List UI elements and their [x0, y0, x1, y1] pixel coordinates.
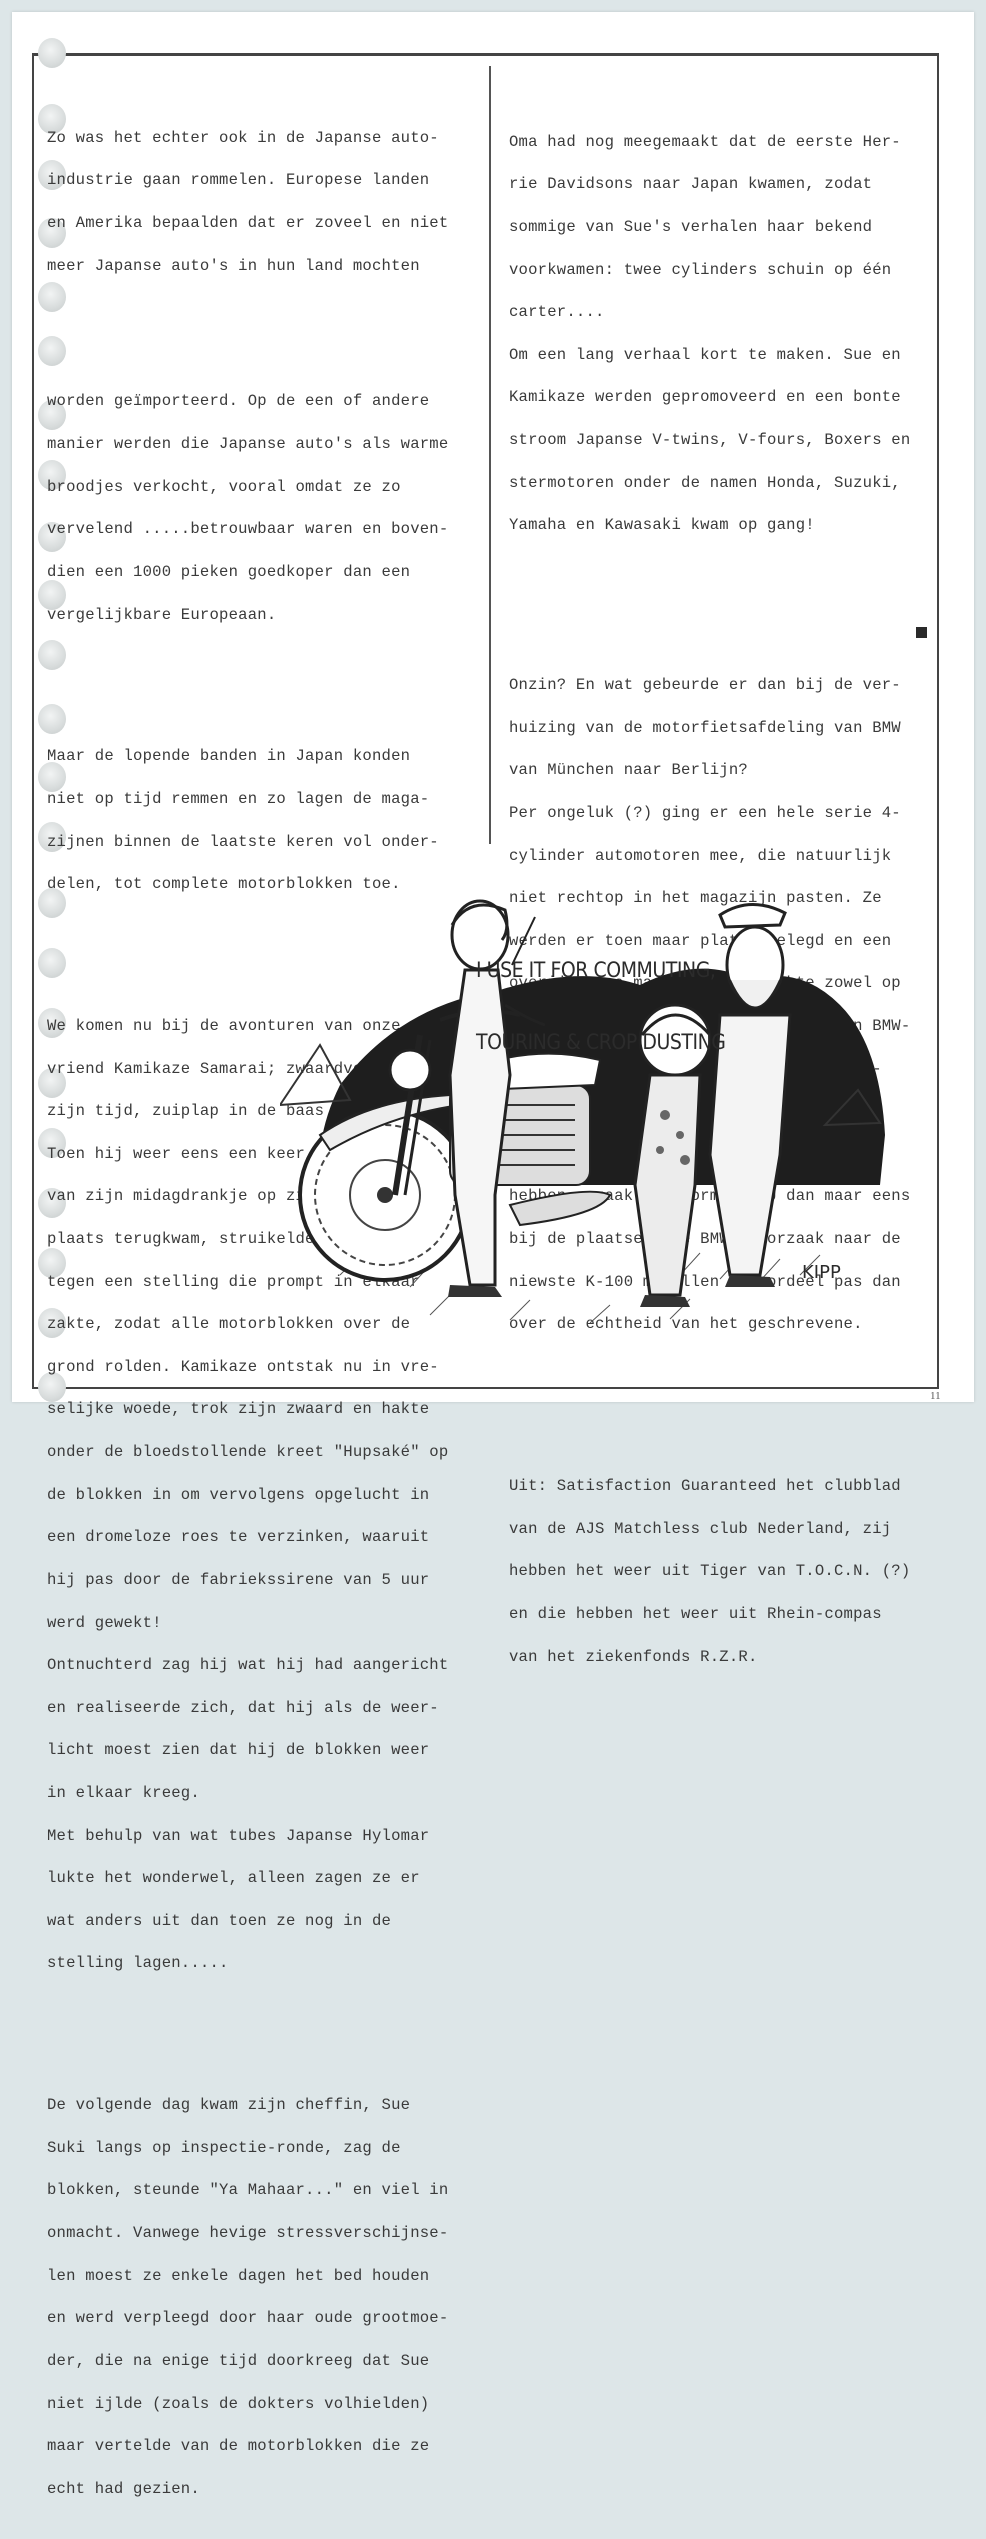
text-line: meer Japanse auto's in hun land mochten: [47, 259, 477, 273]
text-line: zijnen binnen de laatste keren vol onder…: [47, 835, 477, 849]
end-mark-square-icon: [916, 627, 927, 638]
text-line: Yamaha en Kawasaki kwam op gang!: [509, 518, 934, 532]
speech-line: TOURING & CROP DUSTING: [476, 1030, 725, 1054]
column-divider: [489, 66, 491, 844]
text-line: rie Davidsons naar Japan kwamen, zodat: [509, 177, 934, 191]
text-line: Onzin? En wat gebeurde er dan bij de ver…: [509, 678, 934, 692]
text-line: stermotoren onder de namen Honda, Suzuki…: [509, 476, 934, 490]
text-line: Zo was het echter ook in de Japanse auto…: [47, 131, 477, 145]
text-line: broodjes verkocht, vooral omdat ze zo: [47, 480, 477, 494]
text-line: grond rolden. Kamikaze ontstak nu in vre…: [47, 1360, 477, 1374]
paragraph: Zo was het echter ook in de Japanse auto…: [47, 102, 477, 301]
paragraph: Oma had nog meegemaakt dat de eerste Her…: [509, 106, 934, 561]
page-number: 11: [930, 1390, 941, 1402]
text-line: cylinder automotoren mee, die natuurlijk: [509, 849, 934, 863]
text-line: Kamikaze werden gepromoveerd en een bont…: [509, 390, 934, 404]
text-line: Om een lang verhaal kort te maken. Sue e…: [509, 348, 934, 362]
text-line: van München naar Berlijn?: [509, 763, 934, 777]
speech-line: I USE IT FOR COMMUTING,: [476, 958, 725, 982]
text-line: stroom Japanse V-twins, V-fours, Boxers …: [509, 433, 934, 447]
text-line: manier werden die Japanse auto's als war…: [47, 437, 477, 451]
text-line: en Amerika bepaalden dat er zoveel en ni…: [47, 216, 477, 230]
text-line: vergelijkbare Europeaan.: [47, 608, 477, 622]
text-line: vervelend .....betrouwbaar waren en bove…: [47, 522, 477, 536]
text-line: dien een 1000 pieken goedkoper dan een: [47, 565, 477, 579]
text-line: industrie gaan rommelen. Europese landen: [47, 173, 477, 187]
text-line: Per ongeluk (?) ging er een hele serie 4…: [509, 806, 934, 820]
paragraph: worden geïmporteerd. Op de een of andere…: [47, 366, 477, 650]
text-line: niet op tijd remmen en zo lagen de maga-: [47, 792, 477, 806]
text-line: delen, tot complete motorblokken toe.: [47, 877, 477, 891]
artist-signature: KIPP: [802, 1262, 841, 1283]
paragraph: Maar de lopende banden in Japan konden n…: [47, 721, 477, 920]
text-line: huizing van de motorfietsafdeling van BM…: [509, 721, 934, 735]
text-line: Maar de lopende banden in Japan konden: [47, 749, 477, 763]
text-line: sommige van Sue's verhalen haar bekend: [509, 220, 934, 234]
text-line: carter....: [509, 305, 934, 319]
speech-bubble-text: I USE IT FOR COMMUTING, TOURING & CROP D…: [476, 910, 725, 1078]
text-line: voorkwamen: twee cylinders schuin op één: [509, 263, 934, 277]
text-line: Oma had nog meegemaakt dat de eerste Her…: [509, 135, 934, 149]
binder-hole-icon: [38, 38, 66, 68]
text-line: worden geïmporteerd. Op de een of andere: [47, 394, 477, 408]
